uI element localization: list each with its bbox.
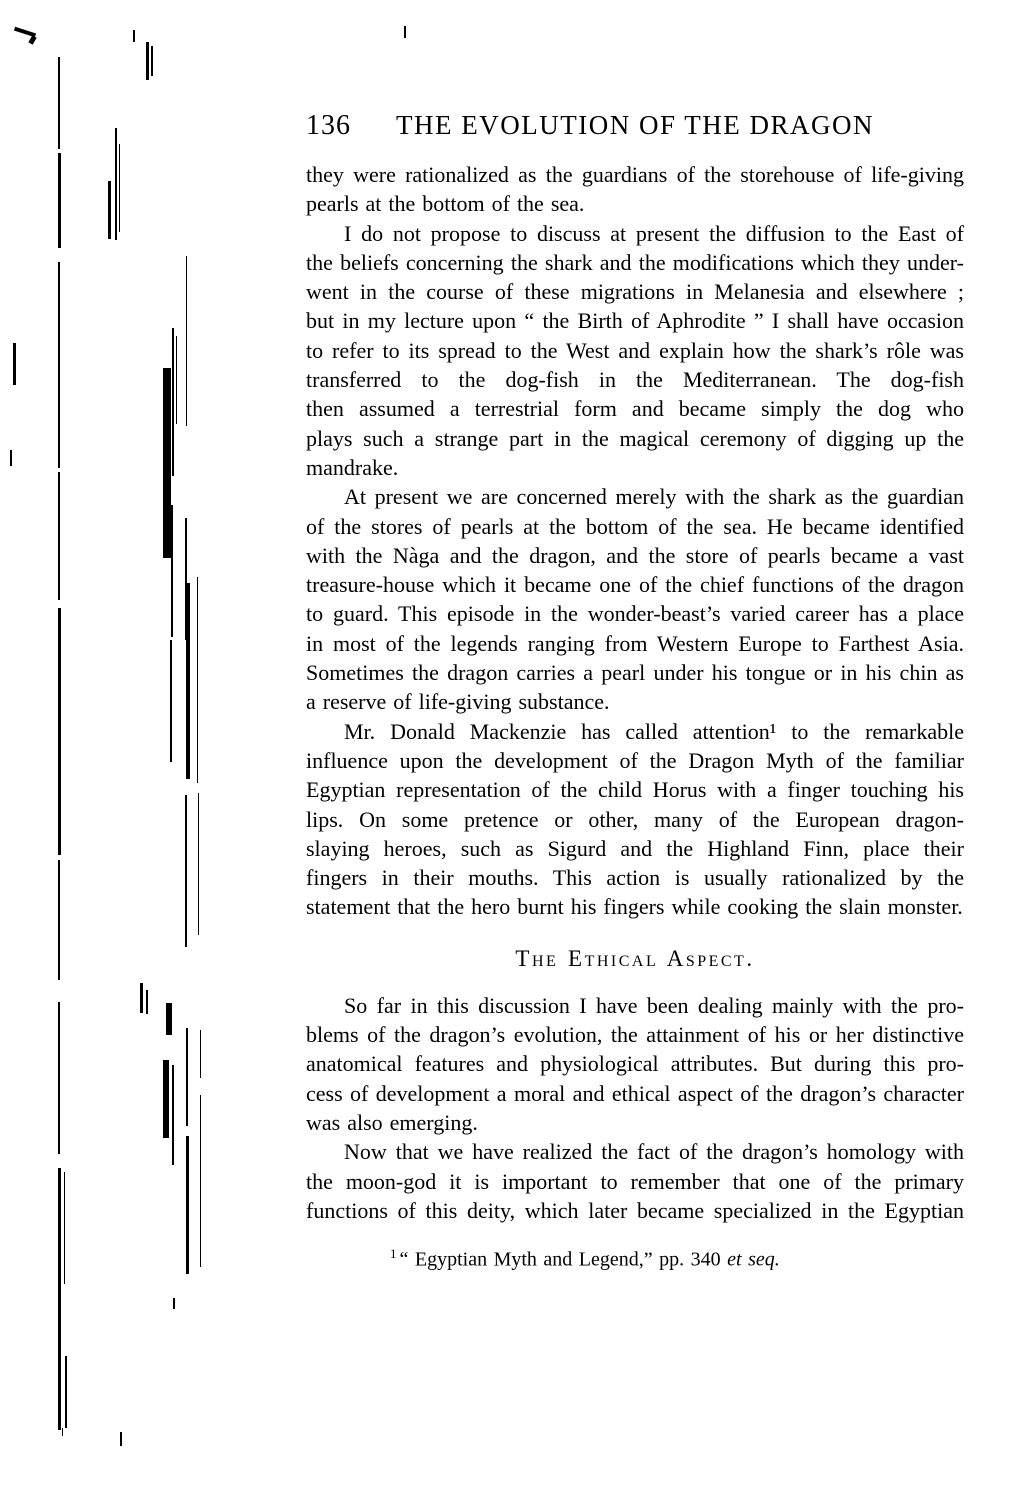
text-line: slaying heroes, such as Sigurd and the H… bbox=[306, 834, 964, 863]
scan-artifact-mark bbox=[119, 144, 120, 232]
scan-artifact-mark bbox=[197, 577, 198, 783]
scan-artifact-mark bbox=[166, 1003, 172, 1035]
scan-artifact-mark bbox=[62, 1428, 63, 1436]
scan-artifact-mark bbox=[58, 1168, 61, 1430]
scan-artifact-mark bbox=[200, 1030, 201, 1078]
text-line: Egyptian representation of the child Hor… bbox=[306, 775, 964, 804]
text-line: statement that the hero burnt his finger… bbox=[306, 892, 964, 921]
scan-artifact-mark bbox=[28, 35, 36, 44]
text-line: blems of the dragon’s evolution, the att… bbox=[306, 1020, 964, 1049]
scan-artifact-mark bbox=[58, 608, 61, 855]
scan-artifact-mark bbox=[173, 1298, 175, 1309]
scan-artifact-mark bbox=[186, 1028, 188, 1126]
text-line: the moon-god it is important to remember… bbox=[306, 1167, 964, 1196]
scan-artifact-mark bbox=[151, 46, 153, 76]
scan-artifact-mark bbox=[64, 1172, 65, 1284]
scan-artifact-mark bbox=[185, 795, 187, 947]
scan-artifact-mark bbox=[58, 860, 60, 980]
text-line: to guard. This episode in the wonder-bea… bbox=[306, 599, 964, 628]
scan-artifact-mark bbox=[146, 990, 148, 1014]
scan-artifact-mark bbox=[10, 450, 12, 466]
scan-artifact-mark bbox=[58, 472, 60, 600]
scan-artifact-mark bbox=[170, 640, 172, 762]
page-title: THE EVOLUTION OF THE DRAGON bbox=[306, 110, 964, 141]
text-line: the beliefs concerning the shark and the… bbox=[306, 248, 964, 277]
text-line: Sometimes the dragon carries a pearl und… bbox=[306, 658, 964, 687]
scan-artifact-mark bbox=[13, 343, 16, 385]
text-line: with the Nàga and the dragon, and the st… bbox=[306, 541, 964, 570]
scan-artifact-mark bbox=[58, 153, 61, 248]
text-line: So far in this discussion I have been de… bbox=[306, 991, 964, 1020]
body-text: they were rationalized as the guardians … bbox=[306, 160, 964, 1273]
text-line: they were rationalized as the guardians … bbox=[306, 160, 964, 189]
text-line: cess of development a moral and ethical … bbox=[306, 1079, 964, 1108]
text-line: mandrake. bbox=[306, 453, 964, 482]
text-line: was also emerging. bbox=[306, 1108, 964, 1137]
text-line: Now that we have realized the fact of th… bbox=[306, 1137, 964, 1166]
scan-artifact-mark bbox=[120, 1432, 122, 1446]
text-line: plays such a strange part in the magical… bbox=[306, 424, 964, 453]
scan-artifact-mark bbox=[14, 27, 36, 38]
scan-artifact-mark bbox=[200, 1095, 201, 1267]
scan-artifact-mark bbox=[108, 181, 111, 239]
scan-artifact-mark bbox=[404, 26, 406, 38]
paragraph: they were rationalized as the guardians … bbox=[306, 160, 964, 219]
scan-artifact-mark bbox=[58, 1002, 60, 1154]
scan-artifact-mark bbox=[58, 262, 60, 468]
text-line: I do not propose to discuss at present t… bbox=[306, 219, 964, 248]
scan-artifact-mark bbox=[186, 583, 190, 779]
scan-artifact-mark bbox=[172, 1065, 174, 1165]
footnote-text: “ Egyptian Myth and Legend,” pp. 340 bbox=[400, 1249, 728, 1271]
text-line: functions of this deity, which later bec… bbox=[306, 1196, 964, 1225]
scan-artifact-mark bbox=[58, 57, 60, 149]
footnote-marker: 1 bbox=[390, 1246, 397, 1261]
scan-artifact-mark bbox=[186, 1136, 189, 1274]
page-header: 136 THE EVOLUTION OF THE DRAGON bbox=[306, 110, 964, 144]
scan-artifact-mark bbox=[140, 983, 143, 1013]
scan-artifact-mark bbox=[163, 368, 171, 558]
text-line: went in the course of these migrations i… bbox=[306, 277, 964, 306]
paragraph: So far in this discussion I have been de… bbox=[306, 991, 964, 1137]
footnote-italic-text: et seq. bbox=[727, 1249, 780, 1271]
scan-artifact-mark bbox=[172, 328, 174, 476]
scan-artifact-mark bbox=[163, 1060, 169, 1138]
scan-artifact-mark bbox=[171, 505, 173, 637]
scan-artifact-mark bbox=[133, 30, 135, 42]
text-line: then assumed a terrestrial form and beca… bbox=[306, 394, 964, 423]
footnote: 1“ Egyptian Myth and Legend,” pp. 340 et… bbox=[390, 1241, 964, 1273]
paragraph: I do not propose to discuss at present t… bbox=[306, 219, 964, 483]
scan-artifact-mark bbox=[146, 42, 149, 80]
text-line: lips. On some pretence or other, many of… bbox=[306, 805, 964, 834]
scan-artifact-mark bbox=[186, 256, 187, 426]
scan-artifact-mark bbox=[185, 518, 187, 640]
scan-artifact-mark bbox=[115, 128, 117, 240]
scan-artifact-mark bbox=[176, 336, 177, 424]
text-line: Mr. Donald Mackenzie has called attentio… bbox=[306, 717, 964, 746]
text-line: At present we are concerned merely with … bbox=[306, 482, 964, 511]
text-column: 136 THE EVOLUTION OF THE DRAGON they wer… bbox=[306, 110, 964, 1273]
paragraph: Mr. Donald Mackenzie has called attentio… bbox=[306, 717, 964, 922]
text-line: in most of the legends ranging from West… bbox=[306, 629, 964, 658]
text-line: transferred to the dog-fish in the Medit… bbox=[306, 365, 964, 394]
text-line: but in my lecture upon “ the Birth of Ap… bbox=[306, 306, 964, 335]
book-page: 136 THE EVOLUTION OF THE DRAGON they wer… bbox=[0, 0, 1013, 1489]
text-line: pearls at the bottom of the sea. bbox=[306, 189, 964, 218]
paragraph: Now that we have realized the fact of th… bbox=[306, 1137, 964, 1225]
paragraphs-after-heading: So far in this discussion I have been de… bbox=[306, 991, 964, 1225]
text-line: influence upon the development of the Dr… bbox=[306, 746, 964, 775]
page-number: 136 bbox=[306, 110, 351, 142]
section-heading: The Ethical Aspect. bbox=[306, 944, 964, 974]
paragraph: At present we are concerned merely with … bbox=[306, 482, 964, 716]
scan-artifact-mark bbox=[198, 793, 199, 935]
text-line: of the stores of pearls at the bottom of… bbox=[306, 512, 964, 541]
paragraphs-before-heading: they were rationalized as the guardians … bbox=[306, 160, 964, 922]
text-line: to refer to its spread to the West and e… bbox=[306, 336, 964, 365]
scan-artifact-mark bbox=[65, 1356, 67, 1428]
text-line: a reserve of life-giving substance. bbox=[306, 687, 964, 716]
text-line: fingers in their mouths. This action is … bbox=[306, 863, 964, 892]
text-line: treasure-house which it became one of th… bbox=[306, 570, 964, 599]
text-line: anatomical features and physiological at… bbox=[306, 1049, 964, 1078]
